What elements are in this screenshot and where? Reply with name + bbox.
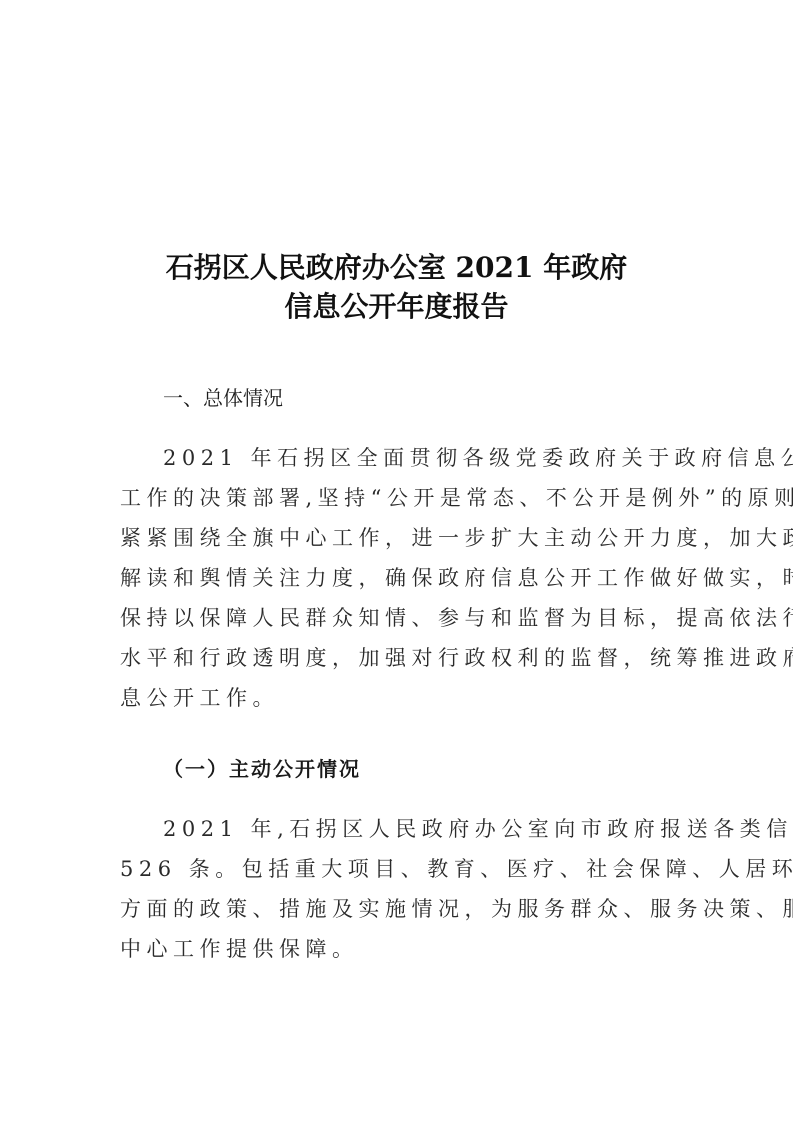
subsection-heading-proactive-disclosure: （一）主动公开情况 (163, 754, 361, 784)
document-page: 石拐区人民政府办公室 2021 年政府 信息公开年度报告 一、总体情况 2021… (0, 0, 793, 1122)
paragraph-line: 中心工作提供保障。 (120, 929, 680, 969)
paragraph-line: 2021 年,石拐区人民政府办公室向市政府报送各类信息 (120, 809, 680, 849)
paragraph-line: 水平和行政透明度，加强对行政权利的监督，统筹推进政府信 (120, 638, 680, 678)
paragraph-line: 2021 年石拐区全面贯彻各级党委政府关于政府信息公开 (120, 438, 680, 478)
paragraph-line: 工作的决策部署,坚持“公开是常态、不公开是例外”的原则, (120, 478, 680, 518)
paragraph-line: 紧紧围绕全旗中心工作，进一步扩大主动公开力度，加大政策 (120, 518, 680, 558)
paragraph-proactive-disclosure: 2021 年,石拐区人民政府办公室向市政府报送各类信息 526 条。包括重大项目… (120, 809, 680, 969)
paragraph-line: 解读和舆情关注力度，确保政府信息公开工作做好做实，时刻 (120, 558, 680, 598)
document-title-line-1: 石拐区人民政府办公室 2021 年政府 (0, 248, 793, 288)
paragraph-line: 方面的政策、措施及实施情况，为服务群众、服务决策、服务 (120, 889, 680, 929)
paragraph-line: 保持以保障人民群众知情、参与和监督为目标，提高依法行政 (120, 598, 680, 638)
section-heading-overall: 一、总体情况 (163, 383, 283, 413)
paragraph-overall: 2021 年石拐区全面贯彻各级党委政府关于政府信息公开 工作的决策部署,坚持“公… (120, 438, 680, 718)
document-title-line-2: 信息公开年度报告 (0, 287, 793, 327)
paragraph-line: 息公开工作。 (120, 678, 680, 718)
paragraph-line: 526 条。包括重大项目、教育、医疗、社会保障、人居环境等 (120, 849, 680, 889)
